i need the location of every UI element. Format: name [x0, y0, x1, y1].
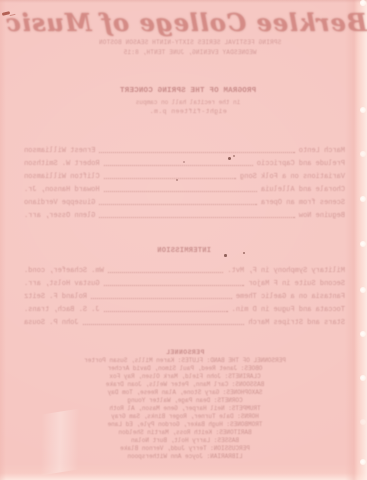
binder-hole	[360, 107, 366, 113]
dot-leader	[91, 298, 232, 299]
personnel-header: PERSONNEL	[3, 349, 367, 356]
piece-title: Toccata and Fugue in D min.	[232, 306, 345, 314]
performer-name: Wm. Schaefer, cond.	[24, 267, 104, 275]
binder-hole	[360, 0, 366, 6]
performer-name: J. S. Bach, trans.	[24, 306, 100, 314]
concert-heading-line3: eight-fifteen p.m.	[9, 108, 367, 116]
program-row: Variations on a Folk Song Clifton Willia…	[24, 173, 345, 181]
program-row: Chorale and Alleluia Howard Hanson, Jr.	[24, 186, 345, 194]
performer-name: John P. Sousa	[24, 319, 79, 327]
dot-leader	[83, 324, 245, 325]
dot-leader	[104, 311, 228, 312]
performer-name: Ernest Williamson	[24, 147, 95, 155]
piece-title: Military Symphony in F, Mvt.	[227, 267, 345, 275]
program-row: Second Suite in F Major Gustav Holst, ar…	[24, 280, 345, 288]
concert-heading-line2: in the recital hall on campus	[9, 99, 367, 106]
binder-hole	[360, 419, 366, 425]
ink-speck	[224, 254, 227, 257]
personnel-line: BARITONES: Keith Ross, Martin Sheldon	[3, 429, 367, 437]
binder-hole	[360, 331, 366, 337]
piece-title: Stars and Stripes March	[248, 319, 345, 327]
piece-title: Scenes from an Opera	[261, 199, 345, 207]
bleedthrough-layer: Berklee College of Music SPRING FESTIVAL…	[0, 0, 367, 480]
personnel-line: TRUMPETS: Neil Harper, Gene Mason, Al Ro…	[3, 405, 367, 413]
piece-title: Variations on a Folk Song	[240, 173, 345, 181]
performer-name: Howard Hanson, Jr.	[24, 186, 100, 194]
program-row: Fantasia on a Gaelic Theme Roland F. Sei…	[24, 293, 345, 301]
dot-leader	[104, 191, 257, 192]
dot-leader	[104, 165, 253, 166]
piece-title: March Lento	[299, 147, 345, 155]
personnel-line: PERCUSSION: Terry Judd, Vernon Blake	[3, 445, 367, 453]
performer-name: Robert W. Smithson	[24, 160, 100, 168]
masthead-line2: WEDNESDAY EVENING, JUNE TENTH, 8:15	[13, 49, 367, 56]
ink-speck	[176, 179, 178, 181]
ink-speck	[228, 157, 231, 160]
personnel-line: LIBRARIAN: Joyce Ann Witherspoon	[3, 453, 367, 461]
performer-name: Clifton Williamson	[24, 173, 100, 181]
program-row: Stars and Stripes March John P. Sousa	[24, 319, 345, 327]
binder-hole	[360, 459, 366, 465]
program-row: Military Symphony in F, Mvt. Wm. Schaefe…	[24, 267, 345, 275]
dot-leader	[99, 152, 294, 153]
personnel-line: HORNS: Dale Turner, Roger Binks, Sam Gra…	[3, 413, 367, 421]
dot-leader	[104, 178, 236, 179]
piece-title: Fantasia on a Gaelic Theme	[236, 293, 345, 301]
ink-speck	[243, 252, 245, 254]
dot-leader	[99, 204, 257, 205]
intermission-label: INTERMISSION	[1, 247, 367, 255]
program-row: Scenes from an Opera Giuseppe Verdiano	[24, 199, 345, 207]
program-row: Toccata and Fugue in D min. J. S. Bach, …	[24, 306, 345, 314]
dot-leader	[104, 285, 245, 286]
personnel-line: CLARINETS: John Field, Mark Olsen, Ray F…	[3, 373, 367, 381]
performer-name: Roland F. Seitz	[24, 293, 87, 301]
binder-hole	[360, 375, 366, 381]
piece-title: Second Suite in F Major	[248, 280, 345, 288]
piece-title: Prelude and Capriccio	[257, 160, 345, 168]
personnel-line: SAXOPHONES: Gary Stone, Alan Reese, Tom …	[3, 389, 367, 397]
masthead-title: Berklee College of Music	[18, 11, 367, 35]
binder-hole	[360, 151, 366, 157]
binder-hole	[360, 287, 366, 293]
concert-heading-line1: PROGRAM OF THE SPRING CONCERT	[9, 87, 367, 96]
performer-name: Glenn Osser, arr.	[24, 212, 95, 220]
performer-name: Giuseppe Verdiano	[24, 199, 95, 207]
dot-leader	[108, 272, 224, 273]
binder-hole	[360, 196, 366, 202]
personnel-line: BASSES: Larry Holt, Burt Nolan	[3, 437, 367, 445]
program-row: March Lento Ernest Williamson	[24, 147, 345, 155]
performer-name: Gustav Holst, arr.	[24, 280, 100, 288]
ink-speck	[183, 161, 185, 163]
dot-leader	[99, 217, 294, 218]
personnel-line: PERSONNEL OF THE BAND: FLUTES: Karen Mil…	[3, 357, 367, 365]
masthead-line1: SPRING FESTIVAL SERIES SIXTY-NINTH SEASO…	[13, 39, 367, 46]
binder-hole	[360, 241, 366, 247]
personnel-line: BASSOONS: Carl Mann, Peter Wells, Joan D…	[3, 381, 367, 389]
piece-title: Chorale and Alleluia	[261, 186, 345, 194]
piece-title: Beguine Now	[299, 212, 345, 220]
personnel-line: OBOES: Janet Reed, Paul Simon, David Arc…	[3, 365, 367, 373]
personnel-line: TROMBONES: Hugh Baker, Gordon Pyle, Ed L…	[3, 421, 367, 429]
pink-program-page: Berklee College of Music SPRING FESTIVAL…	[0, 0, 367, 480]
ink-speck	[233, 155, 235, 157]
program-row: Beguine Now Glenn Osser, arr.	[24, 212, 345, 220]
personnel-line: CORNETS: Dean Page, Walter Young	[3, 397, 367, 405]
